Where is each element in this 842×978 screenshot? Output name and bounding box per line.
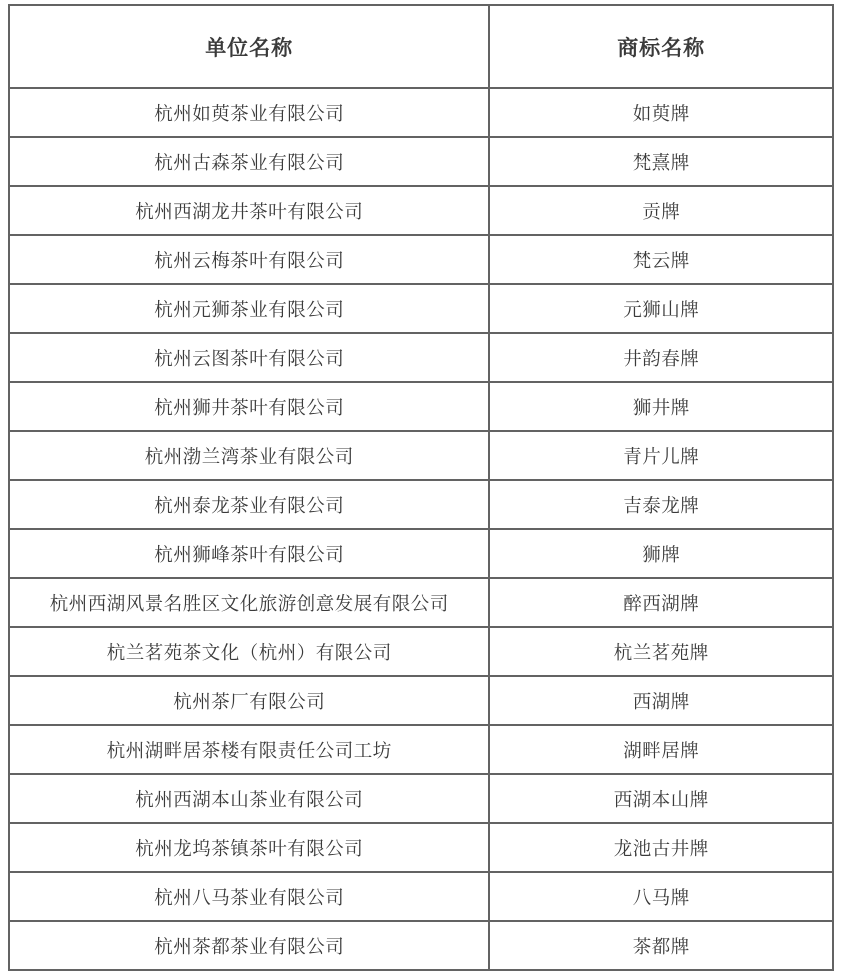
brand-cell: 梵熹牌 [489,137,833,186]
company-cell: 杭州西湖本山茶业有限公司 [9,774,489,823]
header-brand: 商标名称 [489,5,833,88]
brand-cell: 井韵春牌 [489,333,833,382]
trademark-table: 单位名称 商标名称 杭州如萸茶业有限公司 如萸牌 杭州古森茶业有限公司 梵熹牌 … [8,4,834,971]
brand-cell: 贡牌 [489,186,833,235]
company-cell: 杭州渤兰湾茶业有限公司 [9,431,489,480]
brand-cell: 茶都牌 [489,921,833,970]
table-row: 杭州狮峰茶叶有限公司 狮牌 [9,529,833,578]
company-cell: 杭州泰龙茶业有限公司 [9,480,489,529]
table-row: 杭州龙坞茶镇茶叶有限公司 龙池古井牌 [9,823,833,872]
company-cell: 杭州元狮茶业有限公司 [9,284,489,333]
brand-cell: 狮井牌 [489,382,833,431]
document-page: 单位名称 商标名称 杭州如萸茶业有限公司 如萸牌 杭州古森茶业有限公司 梵熹牌 … [0,0,842,978]
company-cell: 杭州茶都茶业有限公司 [9,921,489,970]
table-row: 杭州云梅茶叶有限公司 梵云牌 [9,235,833,284]
company-cell: 杭州龙坞茶镇茶叶有限公司 [9,823,489,872]
table-row: 杭兰茗苑茶文化（杭州）有限公司 杭兰茗苑牌 [9,627,833,676]
header-row: 单位名称 商标名称 [9,5,833,88]
company-cell: 杭州云梅茶叶有限公司 [9,235,489,284]
company-cell: 杭州湖畔居茶楼有限责任公司工坊 [9,725,489,774]
company-cell: 杭州八马茶业有限公司 [9,872,489,921]
table-row: 杭州狮井茶叶有限公司 狮井牌 [9,382,833,431]
company-cell: 杭州如萸茶业有限公司 [9,88,489,137]
table-row: 杭州渤兰湾茶业有限公司 青片儿牌 [9,431,833,480]
brand-cell: 八马牌 [489,872,833,921]
brand-cell: 狮牌 [489,529,833,578]
table-row: 杭州元狮茶业有限公司 元狮山牌 [9,284,833,333]
brand-cell: 杭兰茗苑牌 [489,627,833,676]
brand-cell: 梵云牌 [489,235,833,284]
brand-cell: 西湖牌 [489,676,833,725]
table-row: 杭州茶厂有限公司 西湖牌 [9,676,833,725]
brand-cell: 湖畔居牌 [489,725,833,774]
company-cell: 杭兰茗苑茶文化（杭州）有限公司 [9,627,489,676]
company-cell: 杭州西湖龙井茶叶有限公司 [9,186,489,235]
table-row: 杭州西湖风景名胜区文化旅游创意发展有限公司 醉西湖牌 [9,578,833,627]
company-cell: 杭州古森茶业有限公司 [9,137,489,186]
table-header: 单位名称 商标名称 [9,5,833,88]
table-row: 杭州八马茶业有限公司 八马牌 [9,872,833,921]
table-row: 杭州古森茶业有限公司 梵熹牌 [9,137,833,186]
company-cell: 杭州云图茶叶有限公司 [9,333,489,382]
company-cell: 杭州狮峰茶叶有限公司 [9,529,489,578]
table-row: 杭州茶都茶业有限公司 茶都牌 [9,921,833,970]
table-row: 杭州泰龙茶业有限公司 吉泰龙牌 [9,480,833,529]
company-cell: 杭州西湖风景名胜区文化旅游创意发展有限公司 [9,578,489,627]
brand-cell: 龙池古井牌 [489,823,833,872]
table-row: 杭州云图茶叶有限公司 井韵春牌 [9,333,833,382]
table-row: 杭州西湖本山茶业有限公司 西湖本山牌 [9,774,833,823]
brand-cell: 青片儿牌 [489,431,833,480]
brand-cell: 吉泰龙牌 [489,480,833,529]
company-cell: 杭州茶厂有限公司 [9,676,489,725]
table-row: 杭州湖畔居茶楼有限责任公司工坊 湖畔居牌 [9,725,833,774]
brand-cell: 西湖本山牌 [489,774,833,823]
table-body: 杭州如萸茶业有限公司 如萸牌 杭州古森茶业有限公司 梵熹牌 杭州西湖龙井茶叶有限… [9,88,833,970]
brand-cell: 元狮山牌 [489,284,833,333]
brand-cell: 如萸牌 [489,88,833,137]
brand-cell: 醉西湖牌 [489,578,833,627]
table-row: 杭州西湖龙井茶叶有限公司 贡牌 [9,186,833,235]
table-row: 杭州如萸茶业有限公司 如萸牌 [9,88,833,137]
company-cell: 杭州狮井茶叶有限公司 [9,382,489,431]
header-company: 单位名称 [9,5,489,88]
